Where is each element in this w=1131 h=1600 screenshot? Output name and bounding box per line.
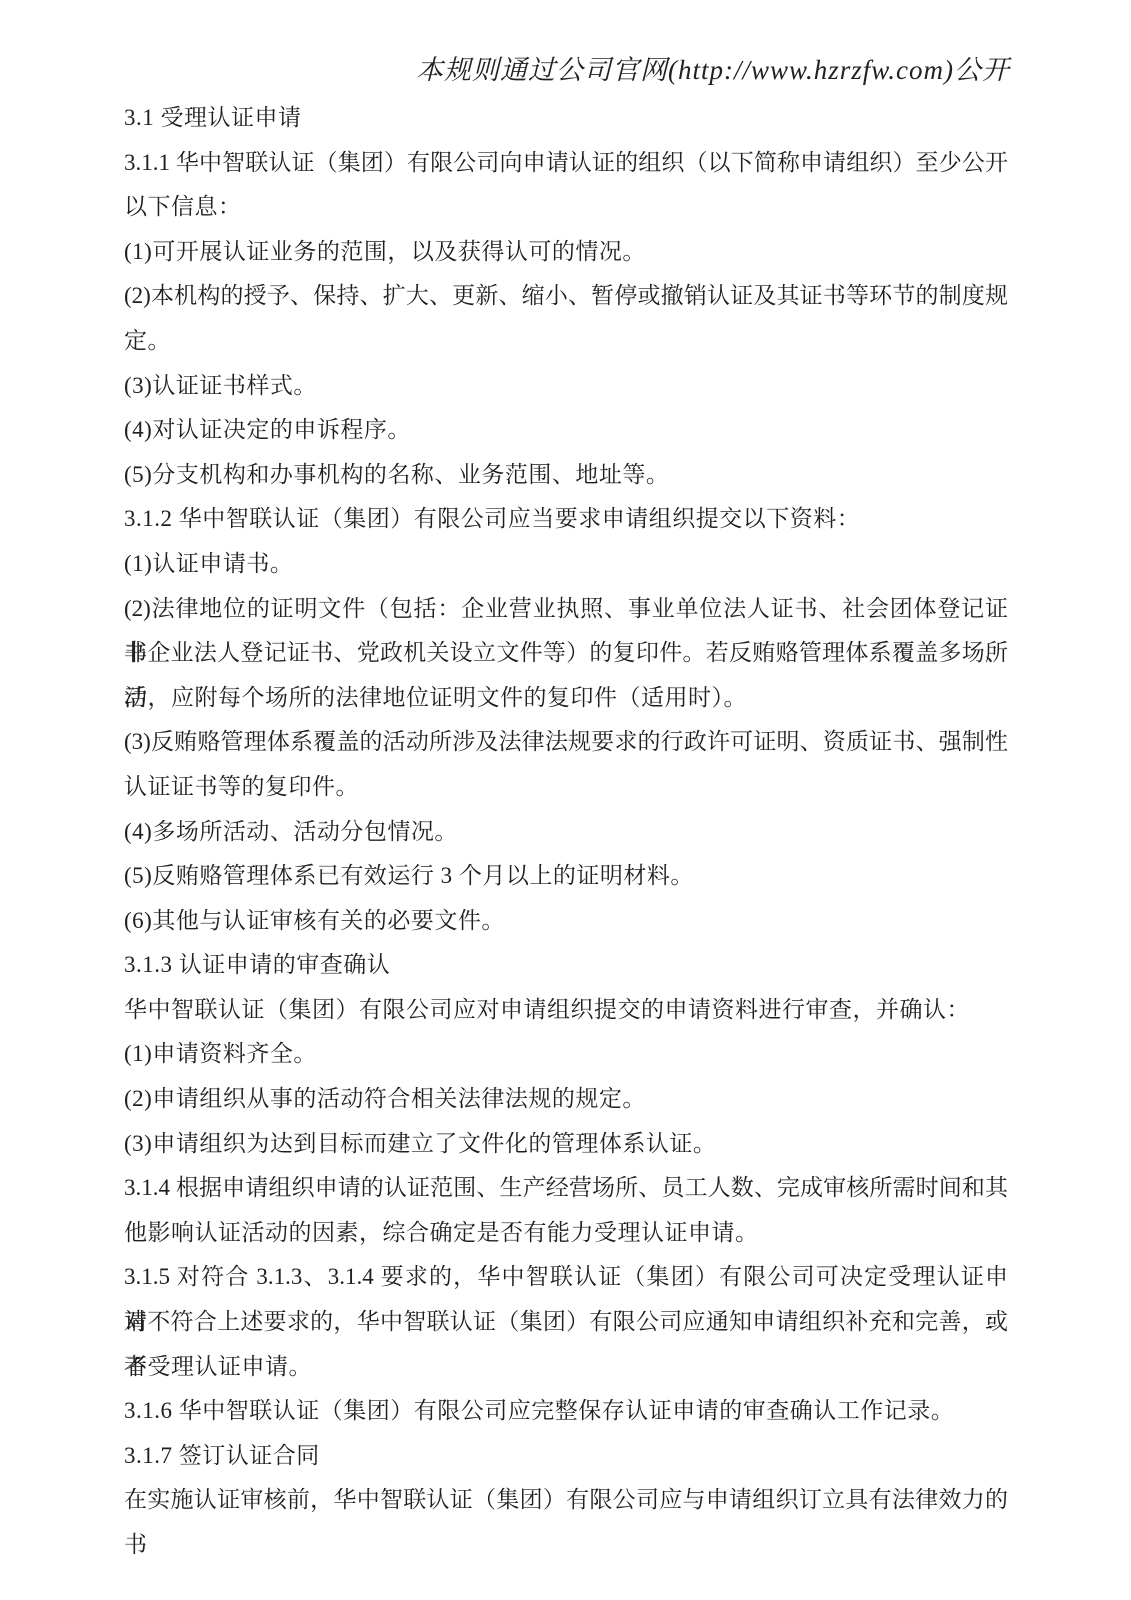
text-line: (6)其他与认证审核有关的必要文件。 (124, 899, 1008, 944)
document-page: 本规则通过公司官网(http://www.hzrzfw.com)公开 3.1 受… (0, 0, 1131, 1600)
text-line: 不受理认证申请。 (124, 1345, 1008, 1390)
text-line: (1)申请资料齐全。 (124, 1032, 1008, 1077)
text-line: (3)认证证书样式。 (124, 364, 1008, 409)
text-line: (2)本机构的授予、保持、扩大、更新、缩小、暂停或撤销认证及其证书等环节的制度规 (124, 274, 1008, 319)
text-line: 他影响认证活动的因素，综合确定是否有能力受理认证申请。 (124, 1211, 1008, 1256)
text-line: (4)多场所活动、活动分包情况。 (124, 810, 1008, 855)
document-body: 3.1 受理认证申请3.1.1 华中智联认证（集团）有限公司向申请认证的组织（以… (124, 96, 1008, 1523)
text-line: 3.1.5 对符合 3.1.3、3.1.4 要求的，华中智联认证（集团）有限公司… (124, 1255, 1008, 1300)
text-line: 华中智联认证（集团）有限公司应对申请组织提交的申请资料进行审查，并确认： (124, 988, 1008, 1033)
text-line: (2)申请组织从事的活动符合相关法律法规的规定。 (124, 1077, 1008, 1122)
text-line: 对不符合上述要求的，华中智联认证（集团）有限公司应通知申请组织补充和完善，或者 (124, 1300, 1008, 1345)
text-line: 非企业法人登记证书、党政机关设立文件等）的复印件。若反贿赂管理体系覆盖多场所活 (124, 631, 1008, 676)
text-line: (4)对认证决定的申诉程序。 (124, 408, 1008, 453)
text-line: (1)可开展认证业务的范围，以及获得认可的情况。 (124, 230, 1008, 275)
text-line: 认证证书等的复印件。 (124, 765, 1008, 810)
text-line: (3)反贿赂管理体系覆盖的活动所涉及法律法规要求的行政许可证明、资质证书、强制性 (124, 720, 1008, 765)
text-line: 3.1.7 签订认证合同 (124, 1434, 1008, 1479)
text-line: (2)法律地位的证明文件（包括：企业营业执照、事业单位法人证书、社会团体登记证书… (124, 587, 1008, 632)
text-line: (3)申请组织为达到目标而建立了文件化的管理体系认证。 (124, 1122, 1008, 1167)
page-header: 本规则通过公司官网(http://www.hzrzfw.com)公开 (0, 0, 1131, 90)
text-line: 定。 (124, 319, 1008, 364)
text-line: (1)认证申请书。 (124, 542, 1008, 587)
text-line: 以下信息： (124, 185, 1008, 230)
text-line: 3.1.3 认证申请的审查确认 (124, 943, 1008, 988)
watermark-text: 本规则通过公司官网(http://www.hzrzfw.com)公开 (416, 55, 1010, 85)
text-line: 3.1.6 华中智联认证（集团）有限公司应完整保存认证申请的审查确认工作记录。 (124, 1389, 1008, 1434)
text-line: 3.1.4 根据申请组织申请的认证范围、生产经营场所、员工人数、完成审核所需时间… (124, 1166, 1008, 1211)
text-line: 3.1.2 华中智联认证（集团）有限公司应当要求申请组织提交以下资料： (124, 497, 1008, 542)
text-line: 3.1 受理认证申请 (124, 96, 1008, 141)
text-line: 3.1.1 华中智联认证（集团）有限公司向申请认证的组织（以下简称申请组织）至少… (124, 141, 1008, 186)
text-line: 动，应附每个场所的法律地位证明文件的复印件（适用时）。 (124, 676, 1008, 721)
text-line: (5)分支机构和办事机构的名称、业务范围、地址等。 (124, 453, 1008, 498)
text-line: 在实施认证审核前，华中智联认证（集团）有限公司应与申请组织订立具有法律效力的书 (124, 1478, 1008, 1523)
text-line: (5)反贿赂管理体系已有效运行 3 个月以上的证明材料。 (124, 854, 1008, 899)
